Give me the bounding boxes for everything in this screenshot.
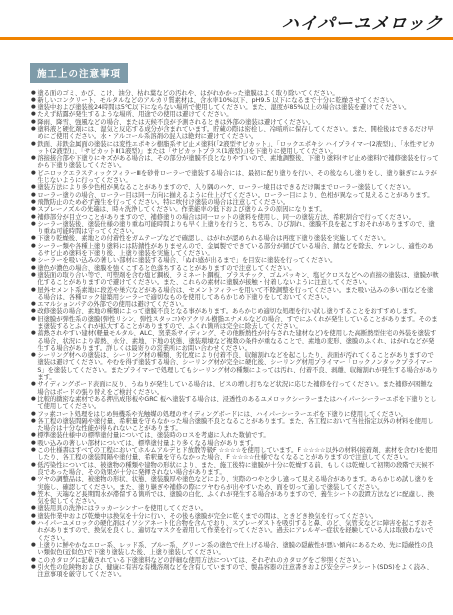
note-item: ● たえず結露が発生するような場所、用途での使用は避けてください。 <box>31 111 439 118</box>
bullet-icon: ● <box>31 396 36 403</box>
note-text: 笠木、天端など長期間水が滞留する箇所では、塗膜の白化、ふくれが発生する場合があり… <box>37 491 439 506</box>
note-item: ● 塗る面のゴミ、かび、こけ、油分、枯れ葉などの汚れや、はがれかかった塗膜はよく… <box>31 90 439 97</box>
note-text: 塗装方法により多少色相が異なることがありますので、入り隅のハケ、ローラー境目はで… <box>37 184 439 191</box>
bullet-icon: ● <box>31 491 36 498</box>
bullet-icon: ● <box>31 104 36 111</box>
note-item: ● スプレーノズルの先端は、時々洗浄してください。作業能率の低下および塗りムラの… <box>31 206 439 213</box>
bullet-icon: ● <box>31 308 36 315</box>
note-item: ● この仕様書はすべての工程においてホルムアルデヒド放散等級F ☆☆☆☆を使用し… <box>31 447 439 462</box>
brand-logo: ハイパーユメロック <box>280 9 444 34</box>
catalog-page: ハイパーユメロック 施工上の注意事項 ● 塗る面のゴミ、かび、こけ、油分、枯れ葉… <box>0 0 453 615</box>
note-item: ● 各工程の塗装間隔や塗付量、希釈量を守らなかった場合塗膜不良となることがありま… <box>31 418 439 433</box>
note-text: 補修部分が目立つことがありますので、補修塗りの場合は同一ロットの塗料を使用し、同… <box>37 214 439 221</box>
note-item: ● 蓄熱されやすい建材(軽量モルタル、ALC、窯業系サイディング、その他断熱性が… <box>31 330 439 352</box>
note-text: 上塗りに鮮やかなエロー系、レッド系、ブルー系、グリーン系の塗色で仕上げる場合、塗… <box>37 542 439 557</box>
bullet-icon: ● <box>31 330 36 337</box>
bullet-icon: ● <box>31 411 36 418</box>
note-item: ● フッ素コート処理をはじめ無機系や光触媒の処理のサイディングボードには、ハイパ… <box>31 411 439 418</box>
note-item: ● 低汚染性については、被塗物の種類や建物の形状により、また、施工後特に塗膜が十… <box>31 462 439 477</box>
bullet-icon: ● <box>31 111 36 118</box>
note-text: 各工程の塗装間隔や塗付量、希釈量を守らなかった場合塗膜不良となることがあります。… <box>37 418 439 433</box>
bullet-icon: ● <box>31 520 36 527</box>
note-text: たえず結露が発生するような場所、用途での使用は避けてください。 <box>37 111 439 118</box>
bullet-icon: ● <box>31 126 36 133</box>
bullet-icon: ● <box>31 505 36 512</box>
note-text: スプレーノズルの先端は、時々洗浄してください。作業能率の低下および塗りムラの原因… <box>37 206 439 213</box>
bullet-icon: ● <box>31 257 36 264</box>
note-item: ● 屋外セメント系素地に段差や巣穴などがある場合は、セメントフィラーを用いて不陸… <box>31 287 439 302</box>
bullet-icon: ● <box>31 381 36 388</box>
note-text: シーラー類や各種上塗り塗料には防錆性がありませんので、金属製でできている部分が錆… <box>37 243 439 258</box>
bullet-icon: ● <box>31 221 36 228</box>
bullet-icon: ● <box>31 272 36 279</box>
bullet-icon: ● <box>31 476 36 483</box>
note-item: ● ツヤの調整品は、被塗物の形状、状態、塗装膜厚や塗色などにより、実際のつやと少… <box>31 476 439 491</box>
note-text: シーリング材への塗装は、シーリング材の種類、劣化度により付着不良、収縮割れなどを… <box>37 352 439 381</box>
note-item: ● 塗装用具の洗浄にはラッカーシンナーを使用してください。 <box>31 505 439 512</box>
note-text: 蓄熱されやすい建材(軽量モルタル、ALC、窯業系サイディング、その他断熱性が付与… <box>37 330 439 352</box>
note-text: 比較的緻密な素材である押出成形板やGRC 板へ塗装する場合は、浸透性のあるユメロ… <box>37 396 439 411</box>
note-item: ● 塗料液と硬化剤には、湿気と反応する成分が含まれています。貯蔵の際は密栓し、冷… <box>31 126 439 141</box>
bullet-icon: ● <box>31 462 36 469</box>
bullet-icon: ● <box>31 141 36 148</box>
bullet-icon: ● <box>31 432 36 439</box>
note-item: ● 新しいコンクリート、モルタルなどのアルカリ質素材は、含水率10%以下、pH9… <box>31 97 439 104</box>
note-item: ● 降雨、降雪、強風などの場合、または天候不良が予測されるときは外部の塗装は避け… <box>31 119 439 126</box>
note-text: 塗装面の取り合い等で、可塑剤を含む塩ビ鋼板、ラミネート鋼板、プラスチック、ゴムパ… <box>37 272 439 287</box>
bullet-icon: ● <box>31 440 36 447</box>
note-text: 旧塗膜が弾性系の塗膜(弾性リシン、弾性スタッコ)やアクリル樹脂エナメルなどの場合… <box>37 316 439 331</box>
note-text: 下塗り乾燥後、素地との付着性をガムテープなどで確認し、はがれが認められる場合は再… <box>37 235 439 242</box>
bullet-icon: ● <box>31 170 36 177</box>
note-text: 塗装用具の洗浄にはラッカーシンナーを使用してください。 <box>37 505 439 512</box>
bullet-icon: ● <box>31 243 36 250</box>
note-item: ● 鉄面、非鉄金属面の塗装には変性エポキシ樹脂系サビ止メ塗料(「2液型サビカット… <box>31 141 439 156</box>
note-text: 屋外セメント系素地に段差や巣穴などがある場合は、セメントフィラーを用いて不陸調整… <box>37 287 439 302</box>
note-text: 鉄面、非鉄金属面の塗装には変性エポキシ樹脂系サビ止メ塗料(「2液型サビカット」、… <box>37 141 439 156</box>
note-item: ● 塗装面の取り合い等で、可塑剤を含む塩ビ鋼板、ラミネート鋼板、プラスチック、ゴ… <box>31 272 439 287</box>
note-text: ビニロックエラスティックフィラーⅢを砂骨ローラーで塗装する場合には、最初に配り塗… <box>37 170 439 185</box>
note-text: 低汚染性については、被塗物の種類や建物の形状により、また、施工後特に塗膜が十分に… <box>37 462 439 477</box>
bullet-icon: ● <box>31 287 36 294</box>
bullet-icon: ● <box>31 564 36 571</box>
note-item: ● 上塗りに鮮やかなエロー系、レッド系、ブルー系、グリーン系の塗色で仕上げる場合… <box>31 542 439 557</box>
note-text: 塗色が濃色の場合、塗膜を強くこすると色落ちすることがありますので注意してください… <box>37 265 439 272</box>
bullet-icon: ● <box>31 192 36 199</box>
bullet-icon: ● <box>31 316 36 323</box>
note-item: ● 標準塗装仕様中の標準塗付量については、塗装時のロスを考慮に入れた数値です。 <box>31 432 439 439</box>
note-text: このカタログに記載されている下塗塗料などの詳細な使用方法については、それぞれのカ… <box>37 557 439 564</box>
note-item: ● シーラー塗装後、塗装仕様の塗り重ね可能時間よりも早く上塗りを行うと、ちぢみ、… <box>31 221 439 236</box>
bullet-icon: ● <box>31 301 36 308</box>
bullet-icon: ● <box>31 184 36 191</box>
page-header: ハイパーユメロック <box>0 0 453 37</box>
note-text: 溶接接合部や下塗りにキズがある場合は、その部分が塗膜不良となりやすいので、素地調… <box>37 155 439 170</box>
note-item: ● 塗装作業中および乾燥中は換気を十分に行い、その後も塗膜が完全に乾くまでの間は… <box>31 513 439 520</box>
header-rule <box>0 37 453 40</box>
note-item: ● 比較的緻密な素材である押出成形板やGRC 板へ塗装する場合は、浸透性のあるユ… <box>31 396 439 411</box>
note-text: 引火性の危険物および、健康に有害な有機溶剤などを含有していますので、製品容器の注… <box>37 564 439 579</box>
note-item: ● 改修塗装の場合、素地の種類によって塗膜不良となる事があります。あらかじめ適切… <box>31 308 439 315</box>
bullet-icon: ● <box>31 265 36 272</box>
note-item: ● シーラー類や各種上塗り塗料には防錆性がありませんので、金属製でできている部分… <box>31 243 439 258</box>
note-item: ● このカタログに記載されている下塗塗料などの詳細な使用方法については、それぞれ… <box>31 557 439 564</box>
notes-list: ● 塗る面のゴミ、かび、こけ、油分、枯れ葉などの汚れや、はがれかかった塗膜はよく… <box>31 90 439 579</box>
note-item: ● 吸い込みの著しい部材については、標準塗付量より多くなる場合があります。 <box>31 440 439 447</box>
bullet-icon: ● <box>31 214 36 221</box>
bullet-icon: ● <box>31 557 36 564</box>
bullet-icon: ● <box>31 447 36 454</box>
note-text: 降雨、降雪、強風などの場合、または天候不良が予測されるときは外部の塗装は避けてく… <box>37 119 439 126</box>
note-item: ● ビニロックエラスティックフィラーⅢを砂骨ローラーで塗装する場合には、最初に配… <box>31 170 439 185</box>
note-item: ● 塗色が濃色の場合、塗膜を強くこすると色落ちすることがありますので注意してくだ… <box>31 265 439 272</box>
bullet-icon: ● <box>31 418 36 425</box>
note-item: ● 補修部分が目立つことがありますので、補修塗りの場合は同一ロットの塗料を使用し… <box>31 214 439 221</box>
note-item: ● 旧塗膜が弾性系の塗膜(弾性リシン、弾性スタッコ)やアクリル樹脂エナメルなどの… <box>31 316 439 331</box>
note-item: ● 塗装方法により多少色相が異なることがありますので、入り隅のハケ、ローラー境目… <box>31 184 439 191</box>
note-item: ● ローラー塗りの場合、ローラー目は同一方向に揃えるように仕上げてください。ロー… <box>31 192 439 199</box>
note-text: シーラー塗装後、塗装仕様の塗り重ね可能時間よりも早く上塗りを行うと、ちぢみ、ひび… <box>37 221 439 236</box>
note-text: この仕様書はすべての工程においてホルムアルデヒド放散等級F ☆☆☆☆を使用してい… <box>37 447 439 462</box>
note-text: サイディングボード表面に反り、うねりが発生している場合は、ビスの増し打ちなど状況… <box>37 381 439 396</box>
bullet-icon: ● <box>31 206 36 213</box>
note-text: ハイパーユメロックの硬化剤はイソシアネート化合物を含んでおり、スプレーダストを吸… <box>37 520 439 542</box>
bullet-icon: ● <box>31 542 36 549</box>
bullet-icon: ● <box>31 352 36 359</box>
bullet-icon: ● <box>31 199 36 206</box>
note-text: 標準塗装仕様中の標準塗付量については、塗装時のロスを考慮に入れた数値です。 <box>37 432 439 439</box>
note-item: ● 笠木、天端など長期間水が滞留する箇所では、塗膜の白化、ふくれが発生する場合が… <box>31 491 439 506</box>
note-item: ● 溶接接合部や下塗りにキズがある場合は、その部分が塗膜不良となりやすいので、素… <box>31 155 439 170</box>
bullet-icon: ● <box>31 235 36 242</box>
note-text: 塗る面のゴミ、かび、こけ、油分、枯れ葉などの汚れや、はがれかかった塗膜はよく取り… <box>37 90 439 97</box>
note-text: 塗装作業中および乾燥中は換気を十分に行い、その後も塗膜が完全に乾くまでの間は、と… <box>37 513 439 520</box>
bullet-icon: ● <box>31 119 36 126</box>
note-item: ● ハイパーユメロックの硬化剤はイソシアネート化合物を含んでおり、スプレーダスト… <box>31 520 439 542</box>
bullet-icon: ● <box>31 90 36 97</box>
bullet-icon: ● <box>31 155 36 162</box>
note-item: ● 引火性の危険物および、健康に有害な有機溶剤などを含有していますので、製品容器… <box>31 564 439 579</box>
note-text: シーラーを吸い込みの著しい部材に塗装する場合、「ぬれ感が出るまで」を目安に塗装を… <box>37 257 439 264</box>
note-text: ローラー塗りの場合、ローラー目は同一方向に揃えるように仕上げてください。ローラー… <box>37 192 439 199</box>
note-text: 塗料液と硬化剤には、湿気と反応する成分が含まれています。貯蔵の際は密栓し、冷暗所… <box>37 126 439 141</box>
note-item: ● 下塗り乾燥後、素地との付着性をガムテープなどで確認し、はがれが認められる場合… <box>31 235 439 242</box>
note-text: 改修塗装の場合、素地の種類によって塗膜不良となる事があります。あらかじめ適切な処… <box>37 308 439 315</box>
note-item: ● シーリング材への塗装は、シーリング材の種類、劣化度により付着不良、収縮割れな… <box>31 352 439 381</box>
note-text: 新しいコンクリート、モルタルなどのアルカリ質素材は、含水率10%以下、pH9.5… <box>37 97 439 104</box>
section-title: 施工上の注意事項 <box>30 63 128 83</box>
note-item: ● サイディングボード表面に反り、うねりが発生している場合は、ビスの増し打ちなど… <box>31 381 439 396</box>
note-text: フッ素コート処理をはじめ無機系や光触媒の処理のサイディングボードには、ハイパーシ… <box>37 411 439 418</box>
note-item: ● シーラーを吸い込みの著しい部材に塗装する場合、「ぬれ感が出るまで」を目安に塗… <box>31 257 439 264</box>
bullet-icon: ● <box>31 513 36 520</box>
note-text: ツヤの調整品は、被塗物の形状、状態、塗装膜厚や塗色などにより、実際のつやと少し違… <box>37 476 439 491</box>
bullet-icon: ● <box>31 97 36 104</box>
note-text: 吸い込みの著しい部材については、標準塗付量より多くなる場合があります。 <box>37 440 439 447</box>
